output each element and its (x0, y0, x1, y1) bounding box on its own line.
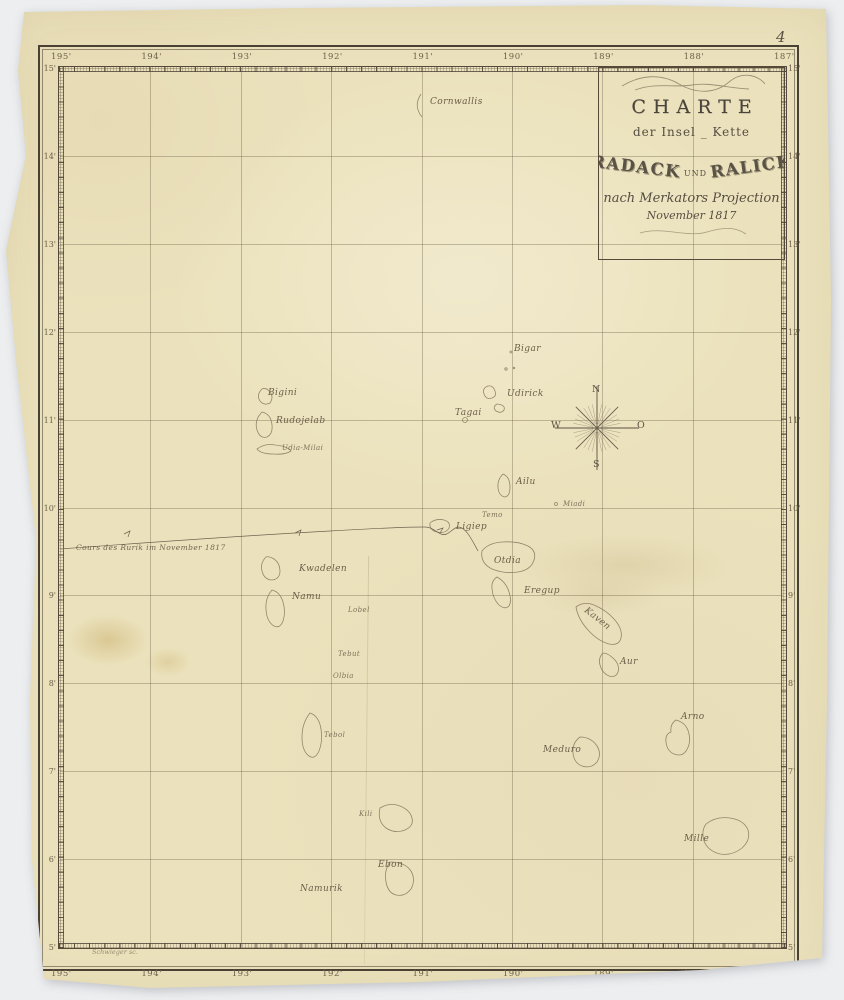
latitude-label-right: 14' (788, 152, 802, 161)
island-label: Ebon (378, 860, 403, 870)
latitude-label-right: 15' (788, 64, 802, 73)
island-label: Bigini (268, 388, 297, 398)
latitude-label-left: 14' (42, 152, 56, 161)
graticule-parallel (60, 595, 783, 596)
latitude-label-right: 12' (788, 328, 802, 337)
latitude-label-right: 10' (788, 504, 802, 513)
island-label: Eregup (524, 586, 560, 596)
latitude-label-left: 11' (42, 416, 56, 425)
island-label: Tebut (338, 650, 360, 658)
longitude-label-bottom: 188' (684, 969, 705, 979)
longitude-label-top: 193' (232, 52, 253, 62)
island-label: Bigar (514, 344, 541, 354)
title-cartouche: CHARTE der Insel _ Kette RADACK UND RALI… (598, 67, 785, 260)
graticule-parallel (60, 420, 783, 421)
longitude-label-top: 192' (322, 52, 343, 62)
island-label: Udirick (507, 389, 544, 399)
map-title: CHARTE (599, 96, 784, 118)
latitude-label-right: 5' (788, 943, 802, 952)
longitude-label-bottom: 194' (141, 969, 162, 979)
und-word: UND (684, 169, 707, 178)
latitude-label-right: 13' (788, 240, 802, 249)
latitude-label-left: 12' (42, 328, 56, 337)
map-subtitle: der Insel _ Kette (599, 125, 784, 139)
compass-south-label: S (593, 459, 600, 470)
chain-names-row: RADACK UND RALICK (599, 149, 784, 183)
graticule-parallel (60, 332, 783, 333)
graticule-parallel (60, 683, 783, 684)
longitude-label-top: 189' (593, 52, 614, 62)
map-paper: 4 195'195'194'194'193'193'192'192'191'19… (0, 0, 844, 1000)
longitude-label-top: 187' (774, 52, 795, 62)
longitude-label-bottom: 191' (413, 969, 434, 979)
island-label: Aur (620, 657, 638, 667)
latitude-label-left: 8' (42, 679, 56, 688)
flourish-ornament (632, 226, 752, 240)
island-label: Meduro (543, 745, 581, 755)
island-label: Miadi (563, 500, 585, 508)
longitude-label-top: 191' (413, 52, 434, 62)
island-label: Temo (482, 511, 503, 519)
longitude-label-top: 188' (684, 52, 705, 62)
island-label: Rudojelab (276, 416, 325, 426)
latitude-label-left: 6' (42, 855, 56, 864)
longitude-label-top: 194' (141, 52, 162, 62)
graticule-parallel (60, 859, 783, 860)
island-label: Mille (684, 834, 709, 844)
island-label: Ailu (516, 477, 536, 487)
graticule-parallel (60, 771, 783, 772)
island-label: Otdia (494, 556, 521, 566)
latitude-label-right: 7' (788, 767, 802, 776)
latitude-label-left: 10' (42, 504, 56, 513)
map-date: November 1817 (599, 209, 784, 222)
island-label: Udia-Milai (282, 444, 323, 452)
radack-name: RADACK (598, 151, 682, 181)
compass-east-label: O (637, 420, 645, 431)
latitude-label-left: 5' (42, 943, 56, 952)
engraver-signature: Schwieger sc. (92, 948, 138, 956)
scan-background: 4 195'195'194'194'193'193'192'192'191'19… (0, 0, 844, 1000)
island-label: Ligiep (456, 522, 487, 532)
island-label: Olbia (333, 672, 354, 680)
island-label: Kili (359, 810, 373, 818)
latitude-label-left: 13' (42, 240, 56, 249)
island-label: Cornwallis (430, 97, 483, 107)
longitude-label-bottom: 190' (503, 969, 524, 979)
island-label: Tagai (455, 408, 482, 418)
longitude-label-bottom: 189' (593, 969, 614, 979)
compass-north-label: N (592, 384, 600, 395)
graticule-parallel (60, 508, 783, 509)
latitude-label-right: 11' (788, 416, 802, 425)
compass-west-label: W (551, 420, 561, 431)
latitude-label-right: 6' (788, 855, 802, 864)
latitude-label-right: 8' (788, 679, 802, 688)
latitude-label-left: 15' (42, 64, 56, 73)
island-label: Namu (292, 592, 321, 602)
latitude-label-left: 9' (42, 591, 56, 600)
island-label: Kwadelen (299, 564, 347, 574)
latitude-label-left: 7' (42, 767, 56, 776)
island-label: Namurik (300, 884, 343, 894)
longitude-label-top: 195' (51, 52, 72, 62)
longitude-label-bottom: 193' (232, 969, 253, 979)
longitude-label-bottom: 192' (322, 969, 343, 979)
longitude-label-bottom: 195' (51, 969, 72, 979)
longitude-label-bottom: 187' (774, 969, 795, 979)
ralick-name: RALICK (709, 151, 785, 181)
longitude-label-top: 190' (503, 52, 524, 62)
ship-track-label: Cours des Rurik im November 1817 (76, 543, 226, 552)
graticule-parallel (60, 947, 783, 948)
flourish-ornament (617, 72, 767, 94)
island-label: Arno (681, 712, 705, 722)
island-label: Lobel (348, 606, 370, 614)
island-label: Tebol (324, 731, 345, 739)
projection-note: nach Merkators Projection (599, 191, 784, 206)
latitude-label-right: 9' (788, 591, 802, 600)
page-number: 4 (776, 28, 786, 46)
